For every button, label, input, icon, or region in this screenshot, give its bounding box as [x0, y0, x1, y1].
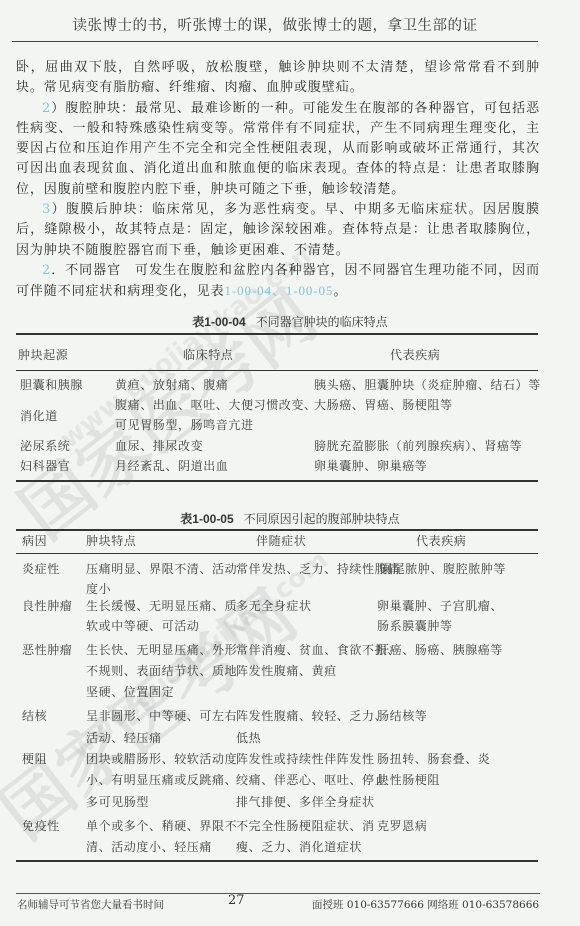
paragraph-text: ）腹腔肿块：最常见、最难诊断的一种。可能发生在腹部的各种器官，可包括恶性病变、一… [16, 101, 540, 197]
table-cell-symptoms: 阵发性或持续性伴阵发性 [236, 750, 375, 769]
table-cell-cause: 免疫性 [22, 817, 60, 836]
table-cell-diseases: 膀胱充盈膨胀（前列腺疾病）、肾癌等 [314, 437, 522, 456]
table-cell-features: 坚硬、位置固定 [86, 683, 174, 702]
table-cell-cause: 梗阻 [22, 750, 47, 769]
table-cell-origin: 妇科器官 [20, 457, 70, 476]
table-cell-features: 腹痛、出血、呕吐、大便习惯改变、 [115, 396, 317, 415]
table-cell-origin: 消化道 [20, 407, 58, 426]
table-cell-cause: 恶性肿瘤 [22, 641, 72, 660]
table-cell-diseases: 胰头癌、胆囊肿块（炎症肿瘤、结石）等 [314, 376, 541, 395]
footer-slogan: 名师辅导可节省您大量看书时间 [17, 897, 164, 912]
table-cell-diseases: 阑尾脓肿、腹腔脓肿等 [380, 560, 506, 579]
table-header-cell: 代表疾病 [416, 532, 466, 551]
table-cell-features: 生长缓慢、无明显压痛、质 [86, 597, 237, 616]
table-cell-features: 清、活动度小、轻压痛 [86, 838, 212, 857]
paragraph-text: ）腹膜后肿块：临床常见，多为恶性病变。早、中期多无临床症状。因居腹膜后，缝隙极小… [16, 202, 540, 258]
table-top-rule [16, 529, 538, 531]
section-number: 2 [42, 263, 51, 278]
running-header: 读张博士的书，听张博士的课，做张博士的题，拿卫生部的证 [12, 14, 538, 42]
table-number: 表1-00-05 [180, 512, 233, 526]
table-header-rule [16, 553, 538, 554]
table-cell-diseases: 块性肠梗阻 [377, 771, 440, 790]
table-cell-cause: 良性肿瘤 [22, 597, 72, 616]
paragraph: 卧，屈曲双下肢，自然呼吸，放松腹壁，触诊肿块则不太清楚，望诊常常看不到肿块。常见… [16, 58, 540, 99]
table-cell-diseases: 卵巢囊肿、子宫肌瘤、 [377, 597, 503, 616]
table-cell-diseases: 肠扭转、肠套叠、炎 [377, 750, 490, 769]
table-cell-features: 呈非圆形、中等硬、可左右 [86, 707, 237, 726]
table-cell-origin: 泌尿系统 [20, 437, 70, 456]
table-cell-symptoms: 多无全身症状 [236, 597, 312, 616]
table-cell-symptoms: 低热 [236, 729, 261, 748]
table-cell-symptoms: 排气排便、多伴全身症状 [236, 793, 375, 812]
table-cell-diseases: 肠结核等 [377, 707, 427, 726]
table-cell-diseases: 克罗恩病 [377, 817, 427, 836]
table-cell-diseases: 卵巢囊肿、卵巢癌等 [314, 457, 427, 476]
table-bottom-rule [16, 860, 538, 862]
table-cell-diseases: 肝癌、肠癌、胰腺癌等 [377, 641, 503, 660]
table-top-rule [16, 333, 538, 335]
table-cell-symptoms: 瘦、乏力、消化道症状 [236, 838, 362, 857]
paragraph: 2．不同器官 可发生在腹腔和盆腔内各种器官，因不同器官生理功能不同，因而可伴随不… [16, 261, 540, 303]
table-cell-features: 血尿、排尿改变 [115, 437, 203, 456]
table-cell-symptoms: 常伴发热、乏力、持续性腹痛 [236, 560, 400, 579]
table-title: 不同器官肿块的临床特点 [256, 315, 388, 329]
paragraph: 2）腹腔肿块：最常见、最难诊断的一种。可能发生在腹部的各种器官，可包括恶性病变、… [16, 99, 540, 200]
table-number: 表1-00-04 [192, 315, 245, 329]
table-cell-symptoms: 绞痛、伴恶心、呕吐、停止 [236, 771, 387, 790]
table-caption: 表1-00-04不同器官肿块的临床特点 [0, 313, 580, 330]
paragraph-text: 。 [333, 284, 347, 299]
table-cell-symptoms: 常伴消瘦、贫血、食欲不振、 [236, 641, 400, 660]
table-header-cell: 肿块起源 [18, 346, 68, 365]
table-cell-symptoms: 阵发性腹痛、较轻、乏力、 [236, 707, 387, 726]
table-cell-diseases: 肠系膜囊肿等 [377, 617, 453, 636]
table-caption: 表1-00-05不同原因引起的腹部肿块特点 [0, 510, 580, 527]
table-header-cell: 肿块特点 [86, 532, 136, 551]
table-title: 不同原因引起的腹部肿块特点 [244, 512, 400, 526]
table-bottom-rule [16, 480, 538, 482]
page-number: 27 [228, 893, 245, 908]
table-cell-features: 压痛明显、界限不清、活动 [86, 560, 237, 579]
table-cell-symptoms: 不完全性肠梗阻症状、消 [236, 817, 375, 836]
table-cell-symptoms: 阵发性腹痛、黄疸 [236, 662, 337, 681]
body-text: 卧，屈曲双下肢，自然呼吸，放松腹壁，触诊肿块则不太清楚，望诊常常看不到肿块。常见… [16, 58, 540, 303]
table-cell-features: 不规则、表面结节状、质地 [86, 662, 237, 681]
footer-rule [16, 893, 540, 894]
table-cell-origin: 胆囊和胰腺 [20, 376, 83, 395]
table-reference-link[interactable]: 1-00-04、1-00-05 [225, 283, 334, 298]
item-number: 3 [42, 202, 51, 217]
table-cell-features: 团块或腊肠形、较软活动度 [86, 750, 237, 769]
table-cell-cause: 结核 [22, 707, 47, 726]
item-number: 2 [42, 101, 51, 116]
paragraph: 3）腹膜后肿块：临床常见，多为恶性病变。早、中期多无临床症状。因居腹膜后，缝隙极… [16, 200, 540, 261]
table-cell-features: 月经紊乱、阴道出血 [115, 457, 228, 476]
table-cell-features: 生长快、无明显压痛、外形 [86, 641, 237, 660]
table-header-cell: 临床特点 [183, 346, 233, 365]
table-cell-features: 单个或多个、稍硬、界限不 [86, 817, 237, 836]
table-cell-features: 小、有明显压痛或反跳痛、 [86, 771, 237, 790]
table-cell-features: 活动、轻压痛 [86, 729, 162, 748]
table-cell-features: 可见胃肠型，肠鸣音亢进 [115, 416, 254, 435]
table-header-cell: 病因 [22, 532, 47, 551]
table-cell-diseases: 大肠癌、胃癌、肠梗阻等 [314, 396, 453, 415]
table-cell-features: 多可见肠型 [86, 793, 149, 812]
table-header-rule [16, 370, 538, 371]
table-cell-cause: 炎症性 [22, 560, 60, 579]
table-header-cell: 伴随症状 [256, 532, 306, 551]
table-cell-features: 黄疸、放射痛、腹痛 [115, 376, 228, 395]
footer-contact: 面授班 010-63577666 网络班 010-63578666 [312, 897, 539, 912]
table-header-cell: 代表疾病 [390, 346, 440, 365]
table-cell-features: 软或中等硬、可活动 [86, 617, 199, 636]
